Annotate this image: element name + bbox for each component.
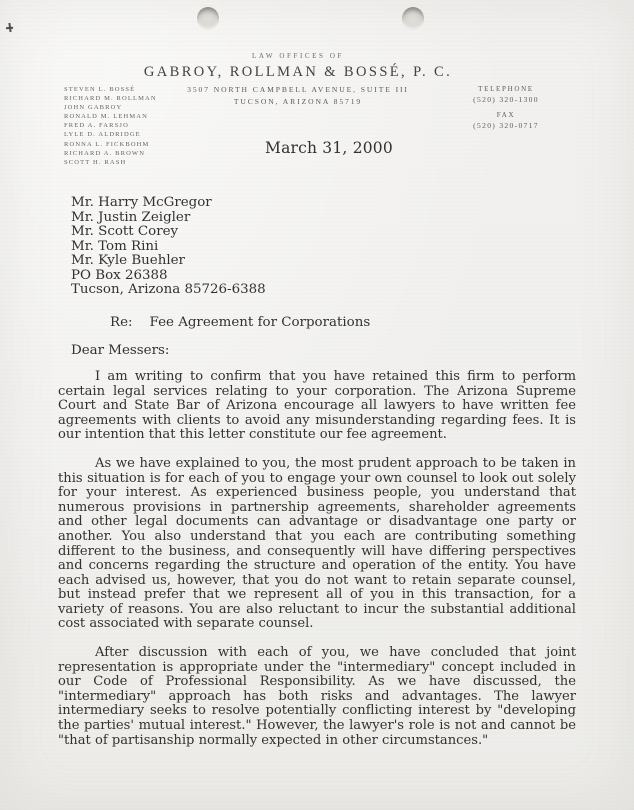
recipient-line: PO Box 26388 — [71, 269, 266, 284]
telephone-label: TELEPHONE — [447, 85, 565, 94]
re-label: Re: — [110, 315, 133, 330]
attorney-name: STEVEN L. BOSSÉ — [64, 85, 157, 94]
scanned-letter-page: LAW OFFICES OF GABROY, ROLLMAN & BOSSÉ, … — [0, 0, 634, 810]
recipient-line: Mr. Tom Rini — [71, 240, 266, 255]
fax-number: (520) 320-0717 — [447, 121, 565, 131]
punch-hole-left — [197, 7, 219, 30]
paragraph-1: I am writing to confirm that you have re… — [58, 370, 576, 443]
recipient-line: Mr. Harry McGregor — [71, 196, 266, 211]
attorney-name: RONNA L. FICKBOHM — [64, 140, 157, 149]
re-subject: Fee Agreement for Corporations — [150, 315, 371, 330]
attorney-name: RICHARD M. ROLLMAN — [64, 94, 157, 103]
contact-block: TELEPHONE (520) 320-1300 FAX (520) 320-0… — [447, 85, 565, 131]
letter-body: I am writing to confirm that you have re… — [58, 370, 576, 763]
recipient-block: Mr. Harry McGregor Mr. Justin Zeigler Mr… — [71, 196, 266, 298]
recipient-line: Mr. Kyle Buehler — [71, 254, 266, 269]
pen-mark — [6, 23, 14, 33]
attorney-name: JOHN GABROY — [64, 103, 157, 112]
re-line: Re:Fee Agreement for Corporations — [110, 315, 370, 330]
attorney-name: RONALD M. LEHMAN — [64, 112, 157, 121]
salutation: Dear Messers: — [71, 343, 169, 358]
paragraph-3: After discussion with each of you, we ha… — [58, 646, 576, 748]
attorney-name: RICHARD A. BROWN — [64, 149, 157, 158]
recipient-line: Mr. Justin Zeigler — [71, 211, 266, 226]
attorney-name: FRED A. FARSJO — [64, 121, 157, 130]
attorney-name: SCOTT H. RASH — [64, 158, 157, 167]
fax-label: FAX — [447, 111, 565, 120]
recipient-line: Tucson, Arizona 85726-6388 — [71, 283, 266, 298]
attorney-name: LYLE D. ALDRIDGE — [64, 130, 157, 139]
firm-name: GABROY, ROLLMAN & BOSSÉ, P. C. — [0, 64, 596, 81]
letterhead-office-line: LAW OFFICES OF — [0, 52, 596, 60]
letter-date: March 31, 2000 — [265, 139, 393, 157]
attorney-list: STEVEN L. BOSSÉ RICHARD M. ROLLMAN JOHN … — [64, 85, 157, 167]
telephone-number: (520) 320-1300 — [447, 95, 565, 105]
recipient-line: Mr. Scott Corey — [71, 225, 266, 240]
paragraph-2: As we have explained to you, the most pr… — [58, 457, 576, 632]
punch-hole-right — [402, 7, 424, 30]
